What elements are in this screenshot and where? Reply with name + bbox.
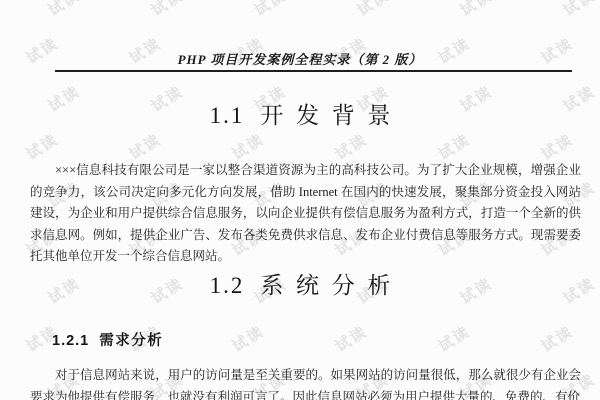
- subsection-heading-1-2-1: 1.2.1需求分析: [52, 329, 163, 350]
- subsection-1-2-1-paragraph: 对于信息网站来说，用户的访问量是至关重要的。如果网站的访问量很低，那么就很少有企…: [30, 364, 581, 400]
- subsection-title: 需求分析: [99, 333, 163, 349]
- header-rule: [55, 70, 572, 72]
- scanned-book-page: 试读试读试读试读试读试读试读试读试读试读试读试读试读试读试读试读试读试读试读试读…: [0, 0, 600, 400]
- section-title: 系统分析: [260, 273, 403, 298]
- section-number: 1.2: [210, 273, 245, 298]
- section-title: 开发背景: [260, 103, 403, 128]
- section-1-1-paragraph: ×××信息科技有限公司是一家以整合渠道资源为主的高科技公司。为了扩大企业规模，增…: [30, 160, 581, 268]
- subsection-number: 1.2.1: [52, 333, 89, 349]
- page-header-title: PHP 项目开发案例全程实录（第 2 版）: [0, 49, 600, 68]
- section-number: 1.1: [210, 103, 245, 128]
- section-heading-1-2: 1.2系统分析: [0, 267, 600, 300]
- page-content: PHP 项目开发案例全程实录（第 2 版） 1.1开发背景 ×××信息科技有限公…: [0, 0, 600, 400]
- section-heading-1-1: 1.1开发背景: [0, 97, 600, 130]
